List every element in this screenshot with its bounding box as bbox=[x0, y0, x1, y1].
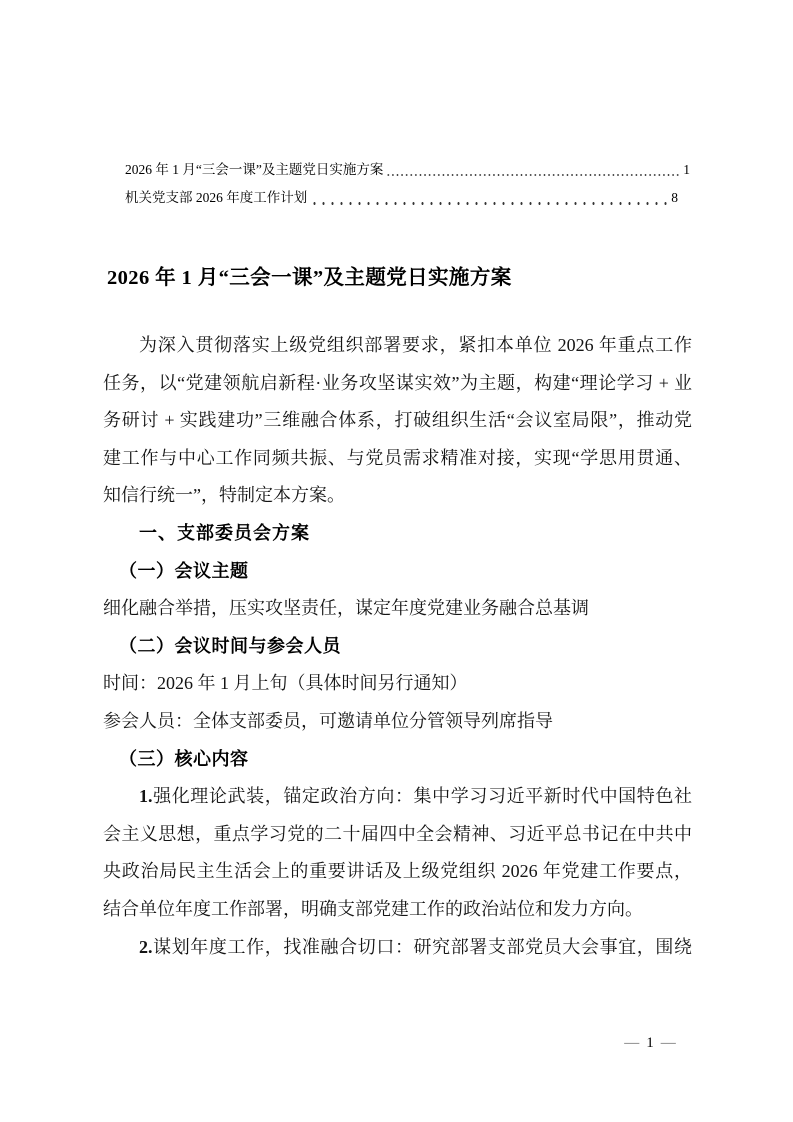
page-title: 2026 年 1 月“三会一课”及主题党日实施方案 bbox=[107, 263, 727, 293]
item-number: 2. bbox=[139, 937, 153, 957]
toc-entry-page-number[interactable]: 8 bbox=[671, 186, 690, 210]
paragraph-line: 央政治局民主生活会上的重要讲话及上级党组织 2026 年党建工作要点， bbox=[103, 853, 692, 891]
paragraph-line: 为深入贯彻落实上级党组织部署要求，紧扣本单位 2026 年重点工作 bbox=[103, 327, 692, 365]
paragraph-line: 务研讨 + 实践建功”三维融合体系，打破组织生活“会议室局限”，推动党 bbox=[103, 402, 692, 440]
toc-entry[interactable]: 机关党支部 2026 年度工作计划 8 bbox=[125, 182, 690, 210]
subsection-heading: （一）会议主题 bbox=[103, 553, 692, 591]
toc-entry-label[interactable]: 机关党支部 2026 年度工作计划 bbox=[125, 186, 307, 210]
numbered-item-line: 1.强化理论武装，锚定政治方向：集中学习习近平新时代中国特色社 bbox=[103, 778, 692, 816]
item-number: 1. bbox=[139, 786, 153, 806]
item-text: 强化理论武装，锚定政治方向：集中学习习近平新时代中国特色社 bbox=[153, 786, 693, 806]
document-body: 为深入贯彻落实上级党组织部署要求，紧扣本单位 2026 年重点工作 任务，以“党… bbox=[103, 327, 692, 966]
toc-entry[interactable]: 2026 年 1 月“三会一课”及主题党日实施方案 1 bbox=[125, 154, 690, 182]
toc-entry-label[interactable]: 2026 年 1 月“三会一课”及主题党日实施方案 bbox=[125, 158, 383, 182]
item-text: 谋划年度工作，找准融合切口：研究部署支部党员大会事宜，围绕 bbox=[153, 937, 693, 957]
subsection-heading: （二）会议时间与参会人员 bbox=[103, 628, 692, 666]
page-number-footer: —1— bbox=[598, 1033, 702, 1053]
paragraph-line: 细化融合举措，压实攻坚责任，谋定年度党建业务融合总基调 bbox=[103, 590, 692, 628]
paragraph-line: 建工作与中心工作同频共振、与党员需求精准对接，实现“学思用贯通、 bbox=[103, 440, 692, 478]
document-page: 2026 年 1 月“三会一课”及主题党日实施方案 1 机关党支部 2026 年… bbox=[0, 0, 793, 1122]
paragraph-line: 结合单位年度工作部署，明确支部党建工作的政治站位和发力方向。 bbox=[103, 891, 692, 929]
toc-entry-page-number[interactable]: 1 bbox=[683, 158, 690, 182]
footer-dash-right: — bbox=[654, 1035, 683, 1051]
paragraph-line: 时间：2026 年 1 月上旬（具体时间另行通知） bbox=[103, 665, 692, 703]
paragraph-line: 任务，以“党建领航启新程·业务攻坚谋实效”为主题，构建“理论学习 + 业 bbox=[103, 365, 692, 403]
toc-dot-leader bbox=[310, 186, 668, 210]
paragraph-line: 知信行统一”，特制定本方案。 bbox=[103, 477, 692, 515]
paragraph-line: 参会人员：全体支部委员，可邀请单位分管领导列席指导 bbox=[103, 703, 692, 741]
section-heading: 一、支部委员会方案 bbox=[103, 515, 692, 553]
footer-dash-left: — bbox=[617, 1035, 646, 1051]
footer-page-number: 1 bbox=[646, 1035, 654, 1051]
numbered-item-line: 2.谋划年度工作，找准融合切口：研究部署支部党员大会事宜，围绕 bbox=[103, 929, 692, 967]
table-of-contents: 2026 年 1 月“三会一课”及主题党日实施方案 1 机关党支部 2026 年… bbox=[125, 154, 690, 210]
subsection-heading: （三）核心内容 bbox=[103, 741, 692, 779]
paragraph-line: 会主义思想，重点学习党的二十届四中全会精神、习近平总书记在中共中 bbox=[103, 816, 692, 854]
toc-dot-leader bbox=[386, 158, 680, 182]
